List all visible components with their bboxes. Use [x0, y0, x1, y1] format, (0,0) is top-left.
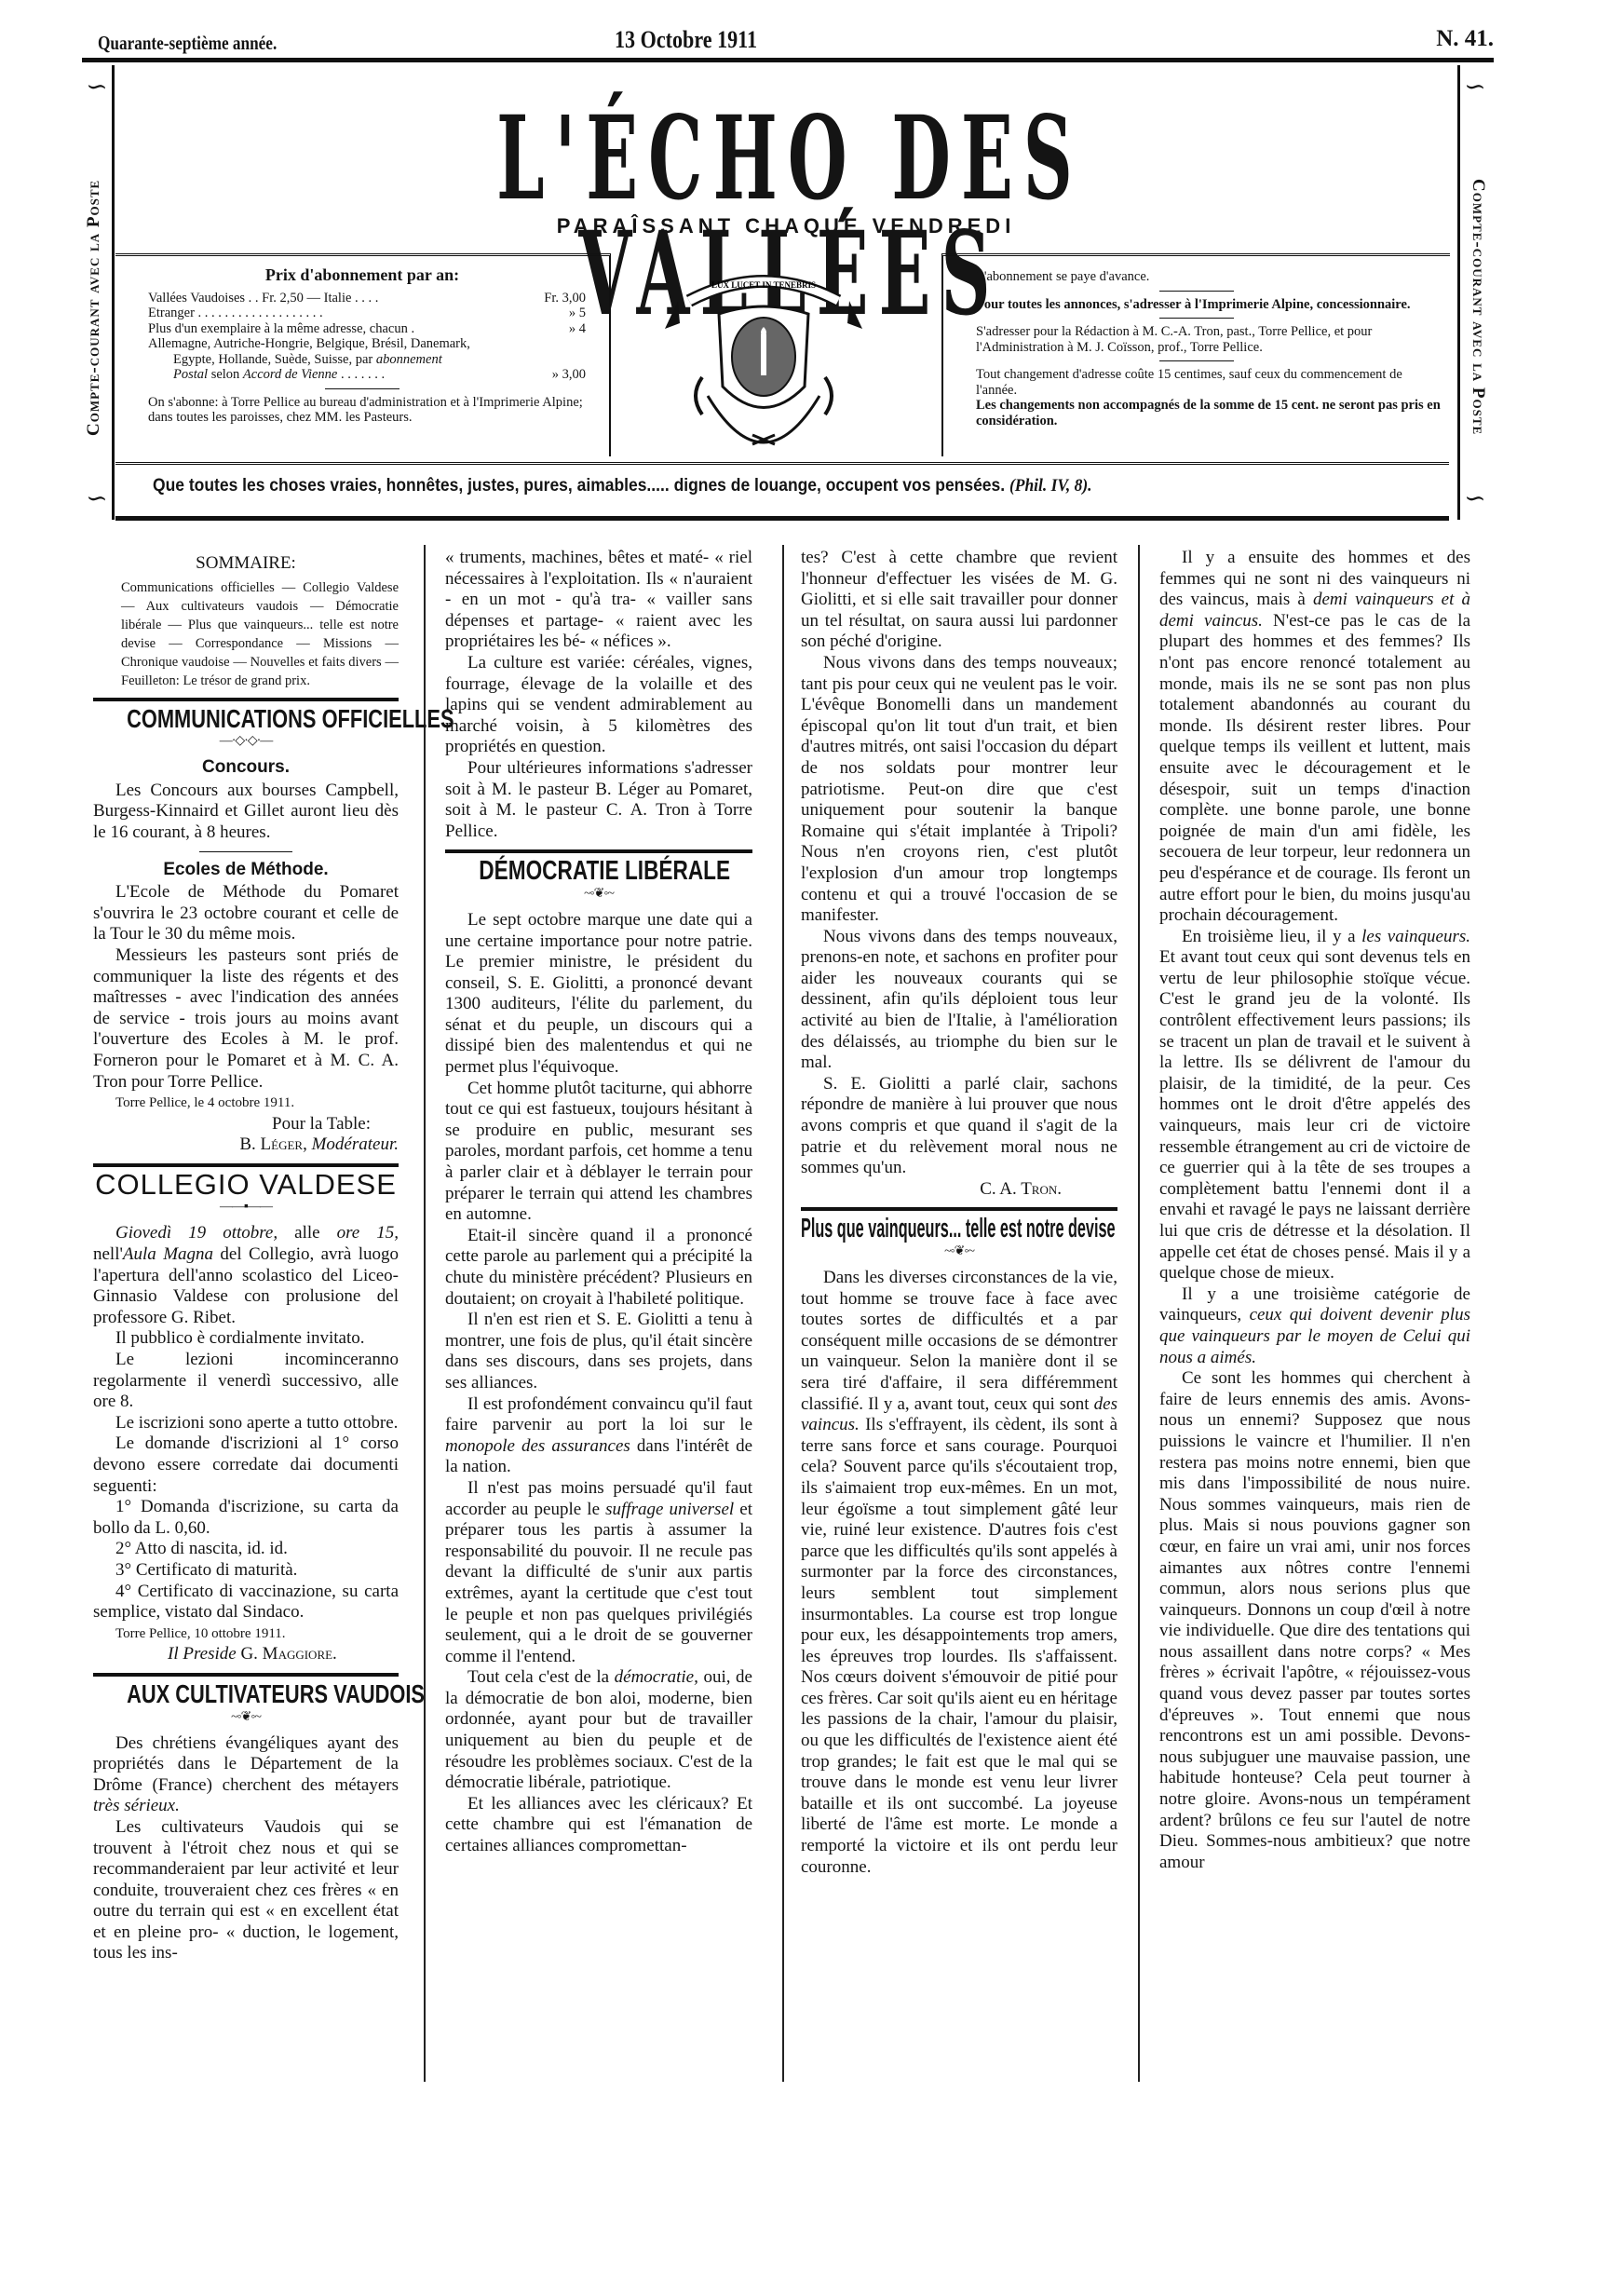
top-rule [82, 58, 1494, 62]
divider [199, 851, 292, 852]
section-heading-communications: COMMUNICATIONS OFFICIELLES [127, 709, 365, 730]
paragraph: L'Ecole de Méthode du Pomaret s'ouvrira … [93, 882, 399, 945]
sommaire-heading: SOMMAIRE: [93, 553, 399, 575]
notice-address-change: Tout changement d'adresse coûte 15 centi… [943, 367, 1442, 398]
divider [1159, 291, 1234, 292]
paragraph: Des chrétiens évangéliques ayant des pro… [93, 1733, 399, 1817]
paragraph: Pour ultérieures informations s'adresser… [445, 758, 752, 842]
section-rule [93, 1673, 399, 1677]
countries-line: Egypte, Hollande, Suède, Suisse, par abo… [115, 352, 609, 368]
subscription-heading: Prix d'abonnement par an: [115, 267, 609, 283]
column-divider [782, 545, 784, 2082]
subscribe-where: On s'abonne: à Torre Pellice au bureau d… [115, 395, 609, 426]
newspaper-subtitle: PARAÎSSANT CHAQUE VENDREDI [82, 214, 1490, 238]
column-2: « truments, machines, bêtes et maté- « r… [445, 548, 752, 1857]
svg-text:LUX LUCET IN TENEBRIS: LUX LUCET IN TENEBRIS [711, 280, 816, 290]
ornament-divider-icon: ~◦❦◦~ [445, 888, 752, 901]
paragraph: Le sept octobre marque une date qui a un… [445, 910, 752, 1079]
section-heading-vainqueurs: Plus que vainqueurs... telle est notre d… [801, 1218, 978, 1240]
place-date: Torre Pellice, le 4 octobre 1911. [93, 1093, 399, 1114]
paragraph: La culture est variée: céréales, vignes,… [445, 653, 752, 758]
paragraph: Il est profondément convaincu qu'il faut… [445, 1394, 752, 1478]
sommaire-text: Communications officielles — Collegio Va… [93, 578, 399, 690]
subheading-concours: Concours. [93, 757, 399, 779]
paragraph: Il y a ensuite des hommes et des femmes … [1159, 548, 1470, 927]
issue-number: N. 41. [1436, 26, 1494, 52]
paragraph: Tout cela c'est de la démocratie, oui, d… [445, 1667, 752, 1794]
list-item: 4° Certificato di vaccinazione, su carta… [93, 1582, 399, 1624]
waldensian-seal-emblem: LUX LUCET IN TENEBRIS [652, 265, 875, 456]
notice-advance: L'abonnement se paye d'avance. [943, 269, 1442, 285]
motto: Que toutes les choses vraies, honnêtes, … [153, 476, 1092, 496]
paragraph: Cet homme plutôt taciturne, qui abhorre … [445, 1079, 752, 1226]
price-row: Postal selon Accord de Vienne . . . . . … [115, 367, 586, 383]
section-rule [801, 1207, 1117, 1211]
divider [1159, 360, 1234, 361]
paragraph: Et les alliances avec les cléricaux? Et … [445, 1794, 752, 1857]
notice-address-change-2: Les changements non accompagnés de la so… [943, 398, 1442, 428]
signature: C. A. Tron. [801, 1179, 1117, 1201]
ornament-divider-icon: ~◦❦◦~ [93, 1711, 399, 1724]
ornament-divider-icon: ——▪—— [93, 1201, 399, 1214]
subscription-box: Prix d'abonnement par an: Vallées Vaudoi… [115, 253, 611, 456]
paragraph: Ce sont les hommes qui cherchent à faire… [1159, 1368, 1470, 1873]
paragraph: Dans les diverses circonstances de la vi… [801, 1268, 1117, 1878]
section-rule [93, 1163, 399, 1167]
list-item: 3° Certificato di maturità. [93, 1560, 399, 1582]
paragraph: Il y a une troisième catégorie de vainqu… [1159, 1284, 1470, 1368]
paragraph: Nous vivons dans des temps nouveaux, pre… [801, 927, 1117, 1074]
paragraph: Etait-il sincère quand il a prononcé cet… [445, 1226, 752, 1310]
section-heading-democratie: DÉMOCRATIE LIBÉRALE [479, 861, 718, 882]
paragraph: Le lezioni incominceranno regolarmente i… [93, 1350, 399, 1413]
signature: Il Preside G. Maggiore. [93, 1644, 399, 1665]
side-text-right: Compte-courant avec la Poste [1462, 130, 1488, 484]
notices-box: L'abonnement se paye d'avance. Pour tout… [941, 253, 1450, 456]
paragraph: Il n'est pas moins persuadé qu'il faut a… [445, 1478, 752, 1667]
paragraph: Les Concours aux bourses Campbell, Burge… [93, 781, 399, 844]
price-row: Plus d'un exemplaire à la même adresse, … [115, 321, 586, 337]
paragraph: Les cultivateurs Vaudois qui se trouvent… [93, 1817, 399, 1964]
section-heading-cultivateurs: AUX CULTIVATEURS VAUDOIS [127, 1684, 365, 1705]
notice-ads: Pour toutes les annonces, s'adresser à l… [943, 297, 1442, 313]
place-date: Torre Pellice, 10 ottobre 1911. [93, 1624, 399, 1645]
ornament-divider-icon: —·◇·◇·— [93, 735, 399, 748]
issue-line: Quarante-septième année. 13 Octobre 1911… [98, 26, 1494, 54]
list-item: 2° Atto di nascita, id. id. [93, 1539, 399, 1560]
countries-line: Allemagne, Autriche-Hongrie, Belgique, B… [115, 336, 609, 352]
section-heading-collegio: COLLEGIO VALDESE [93, 1175, 399, 1196]
paragraph: Giovedì 19 ottobre, alle ore 15, nell'Au… [93, 1223, 399, 1328]
subheading-ecoles: Ecoles de Méthode. [93, 860, 399, 881]
paragraph: Nous vivons dans des temps nouveaux; tan… [801, 653, 1117, 927]
signature: B. Léger, Modérateur. [93, 1134, 399, 1156]
price-row: Etranger . . . . . . . . . . . . . . . .… [115, 306, 586, 321]
scroll-ornament-icon: ∽ [84, 75, 110, 101]
motto-bar: Que toutes les choses vraies, honnêtes, … [115, 462, 1449, 521]
price-row: Vallées Vaudoises . . Fr. 2,50 — Italie … [115, 291, 586, 306]
paragraph: Il pubblico è cordialmente invitato. [93, 1328, 399, 1350]
side-text-left: Compte-courant avec la Poste [84, 130, 110, 484]
column-1: SOMMAIRE: Communications officielles — C… [93, 548, 399, 1964]
paragraph: tes? C'est à cette chambre que revient l… [801, 548, 1117, 653]
side-band-left: ∽ Compte-courant avec la Poste ∽ [82, 65, 115, 520]
scroll-ornament-icon: ∽ [1462, 486, 1488, 512]
column-divider [424, 545, 426, 2082]
masthead: ∽ Compte-courant avec la Poste ∽ ∽ Compt… [82, 65, 1490, 526]
column-divider [1138, 545, 1140, 2082]
paragraph: Le iscrizioni sono aperte a tutto ottobr… [93, 1413, 399, 1434]
paragraph: En troisième lieu, il y a les vainqueurs… [1159, 927, 1470, 1284]
section-rule [445, 849, 752, 853]
notice-redaction: S'adresser pour la Rédaction à M. C.-A. … [943, 324, 1442, 355]
issue-date: 13 Octobre 1911 [615, 26, 757, 54]
section-rule [93, 698, 399, 701]
year-label: Quarante-septième année. [98, 32, 277, 55]
paragraph: Le domande d'iscrizioni al 1° corso devo… [93, 1433, 399, 1497]
divider [325, 388, 399, 389]
side-band-right: ∽ Compte-courant avec la Poste ∽ [1457, 65, 1490, 520]
paragraph: « truments, machines, bêtes et maté- « r… [445, 548, 752, 653]
paragraph: Messieurs les pasteurs sont priés de com… [93, 945, 399, 1093]
paragraph: Il n'en est rien et S. E. Giolitti a ten… [445, 1310, 752, 1393]
divider [1159, 318, 1234, 319]
scroll-ornament-icon: ∽ [84, 486, 110, 512]
column-3: tes? C'est à cette chambre que revient l… [801, 548, 1117, 1878]
paragraph: S. E. Giolitti a parlé clair, sachons ré… [801, 1074, 1117, 1179]
signature-line: Pour la Table: [93, 1114, 399, 1135]
column-4: Il y a ensuite des hommes et des femmes … [1159, 548, 1470, 1873]
list-item: 1° Domanda d'iscrizione, su carta da bol… [93, 1497, 399, 1539]
ornament-divider-icon: ~◦❦◦~ [801, 1245, 1117, 1258]
scroll-ornament-icon: ∽ [1462, 75, 1488, 101]
